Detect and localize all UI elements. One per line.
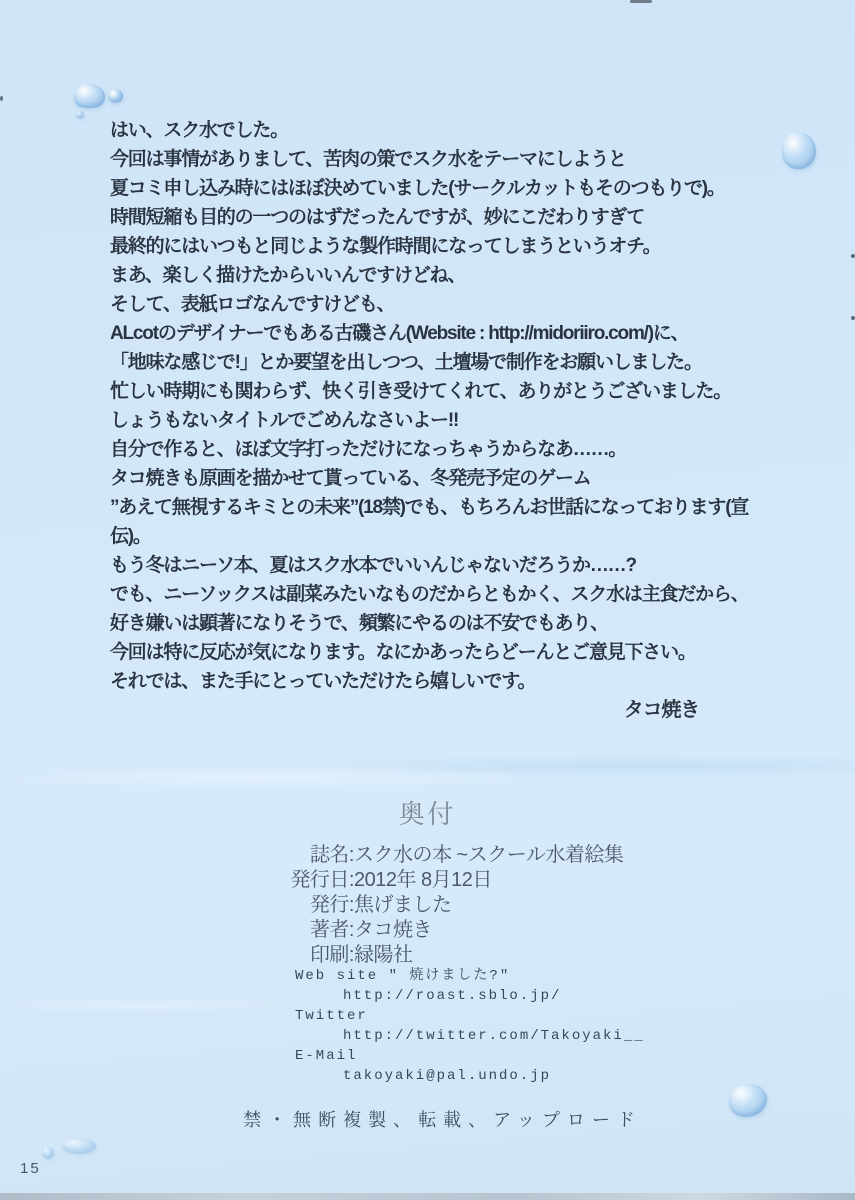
colophon-row: 発行日: 2012年 8月12日 [268, 868, 623, 893]
afterword-line: そして、表紙ロゴなんですけども、 [110, 294, 394, 315]
colophon-row: 著者: タコ焼き [268, 918, 623, 943]
colophon-row: 発行: 焦げました [268, 893, 623, 918]
afterword-line: 今回は特に反応が気になります。なにかあったらどーんとご意見下さい。 [110, 642, 696, 663]
afterword-line: まあ、楽しく描けたからいいんですけどね、 [110, 265, 465, 286]
water-droplet [74, 84, 105, 108]
colophon-label: 著者: [268, 918, 354, 943]
afterword-line: もう冬はニーソ本、夏はスク水本でいいんじゃないだろうか……? [110, 555, 636, 576]
afterword-line: 夏コミ申し込み時にはほぼ決めていました(サークルカットもそのつもりで)。 [110, 178, 725, 199]
email-label: E-Mail [295, 1046, 645, 1066]
afterword-line: タコ焼きも原画を描かせて貰っている、冬発売予定のゲーム [110, 468, 591, 489]
colophon-value: 焦げました [354, 893, 452, 918]
afterword-line: 自分で作ると、ほぼ文字打っただけになっちゃうからなあ……。 [110, 439, 626, 460]
afterword-paragraph: そして、表紙ロゴなんですけども、 ALcotのデザイナーでもある古磯さん(Web… [110, 290, 775, 551]
scan-speck [851, 254, 855, 258]
afterword-text: はい、スク水でした。 今回は事情がありまして、苦肉の策でスク水をテーマにしようと… [110, 116, 775, 725]
afterword-line: はい、スク水でした。 [110, 120, 288, 141]
colophon-value: スク水の本 ~スクール水着絵集 [354, 843, 623, 868]
website-url: http://roast.sblo.jp/ [295, 986, 645, 1006]
scan-speck [0, 96, 3, 101]
twitter-label: Twitter [295, 1006, 645, 1026]
afterword-line: 「地味な感じで!」とか要望を出しつつ、土壇場で制作をお願いしました。 [110, 352, 702, 373]
colophon-table: 誌名: スク水の本 ~スクール水着絵集 発行日: 2012年 8月12日 発行:… [268, 843, 623, 968]
water-droplet [42, 1147, 54, 1159]
afterword-line: ALcotのデザイナーでもある古磯さん(Website : http://mid… [110, 323, 688, 344]
water-wave-texture [0, 750, 855, 796]
afterword-paragraph: それでは、また手にとっていただけたら嬉しいです。 [110, 667, 775, 696]
afterword-line: でも、ニーソックスは副菜みたいなものだからともかく、スク水は主食だから、 [110, 584, 749, 605]
contact-block: Web site ″ 焼けました?″ http://roast.sblo.jp/… [295, 966, 645, 1086]
scan-smudge [630, 0, 652, 3]
colophon-title: 奥付 [0, 794, 855, 831]
water-droplet [108, 89, 123, 103]
afterword-paragraph: もう冬はニーソ本、夏はスク水本でいいんじゃないだろうか……? でも、ニーソックス… [110, 551, 775, 667]
colophon-row: 印刷: 緑陽社 [268, 943, 623, 968]
afterword-line: 最終的にはいつもと同じような製作時間になってしまうというオチ。 [110, 236, 660, 257]
afterword-line: しょうもないタイトルでごめんなさいよー!! [110, 410, 458, 431]
colophon-row: 誌名: スク水の本 ~スクール水着絵集 [268, 843, 623, 868]
water-droplet [76, 111, 84, 119]
afterword-line: ”あえて無視するキミとの未来”(18禁)でも、もちろんお世話になっております(宣… [110, 497, 748, 547]
afterword-paragraph: はい、スク水でした。 今回は事情がありまして、苦肉の策でスク水をテーマにしようと… [110, 116, 775, 290]
email-address: takoyaki@pal.undo.jp [295, 1066, 645, 1086]
afterword-line: 忙しい時期にも関わらず、快く引き受けてくれて、ありがとうございました。 [110, 381, 731, 402]
colophon-value: 2012年 8月12日 [354, 868, 492, 893]
afterword-line: 時間短縮も目的の一つのはずだったんですが、妙にこだわりすぎて [110, 207, 644, 228]
twitter-url: http://twitter.com/Takoyaki__ [295, 1026, 645, 1046]
colophon-label: 印刷: [268, 943, 354, 968]
page-number: 15 [20, 1160, 41, 1177]
afterword-line: 今回は事情がありまして、苦肉の策でスク水をテーマにしようと [110, 149, 626, 170]
colophon-label: 発行: [268, 893, 354, 918]
website-label: Web site ″ 焼けました?″ [295, 966, 645, 986]
colophon-label: 誌名: [268, 843, 354, 868]
afterword-line: 好き嫌いは顕著になりそうで、頻繁にやるのは不安でもあり、 [110, 613, 608, 634]
copyright-notice: 禁・無断複製、転載、アップロード [30, 1106, 855, 1132]
author-signature: タコ焼き [110, 696, 775, 725]
water-droplet [782, 132, 816, 169]
water-droplet [62, 1138, 96, 1154]
scan-speck [851, 316, 855, 320]
afterword-line: それでは、また手にとっていただけたら嬉しいです。 [110, 671, 535, 692]
scanned-afterword-page: はい、スク水でした。 今回は事情がありまして、苦肉の策でスク水をテーマにしようと… [0, 0, 855, 1200]
colophon-label: 発行日: [268, 868, 354, 893]
colophon-value: 緑陽社 [354, 943, 413, 968]
page-edge-shadow [0, 1193, 855, 1200]
colophon-value: タコ焼き [354, 918, 432, 943]
